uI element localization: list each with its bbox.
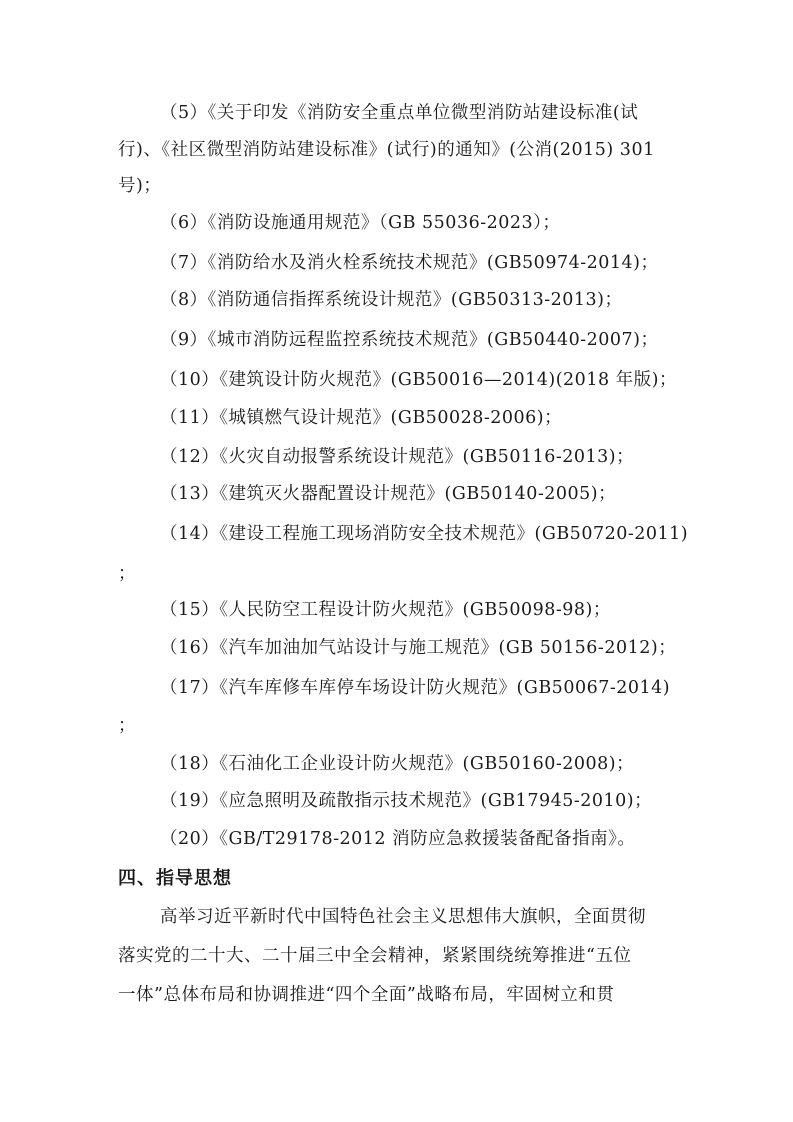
paragraph-line-2: 落实党的二十大、二十届三中全会精神，紧紧围绕统筹推进“五位	[118, 945, 631, 967]
reference-item-20: （20）《GB/T29178-2012 消防应急救援装备配备指南》。	[160, 828, 635, 850]
reference-item-17-line-2: ；	[118, 715, 136, 737]
reference-item-12: （12）《火灾自动报警系统设计规范》(GB50116-2013)；	[160, 446, 634, 468]
reference-item-9: （9）《城市消防远程监控系统技术规范》(GB50440-2007)；	[160, 329, 659, 351]
reference-item-14-line-1: （14）《建设工程施工现场消防安全技术规范》(GB50720-2011)	[160, 523, 688, 545]
reference-item-11: （11）《城镇燃气设计规范》(GB50028-2006)；	[160, 407, 562, 429]
reference-item-18: （18）《石油化工企业设计防火规范》(GB50160-2008)；	[160, 753, 634, 775]
reference-item-10: （10）《建筑设计防火规范》(GB50016—2014)(2018 年版)；	[160, 369, 677, 391]
reference-item-15: （15）《人民防空工程设计防火规范》(GB50098-98)；	[160, 599, 611, 621]
reference-item-7: （7）《消防给水及消火栓系统技术规范》(GB50974-2014)；	[160, 252, 659, 274]
reference-item-6: （6）《消防设施通用规范》（GB 55036-2023）；	[160, 212, 560, 234]
paragraph-line-1: 高举习近平新时代中国特色社会主义思想伟大旗帜，全面贯彻	[160, 906, 646, 928]
reference-item-8: （8）《消防通信指挥系统设计规范》(GB50313-2013)；	[160, 289, 623, 311]
reference-item-16: （16）《汽车加油加气站设计与施工规范》(GB 50156-2012)；	[160, 637, 676, 659]
reference-item-14-line-2: ；	[118, 563, 136, 585]
reference-item-5-line-3: 号)；	[118, 175, 161, 197]
reference-item-17-line-1: （17）《汽车库修车库停车场设计防火规范》(GB50067-2014)	[160, 677, 670, 699]
reference-item-5-line-1: （5）《关于印发《消防安全重点单位微型消防站建设标准(试	[160, 102, 638, 124]
reference-item-5-line-2: 行)、《社区微型消防站建设标准》(试行)的通知》(公消(2015) 301	[118, 139, 655, 161]
section-heading: 四、指导思想	[118, 868, 232, 890]
paragraph-line-3: 一体”总体布局和协调推进“四个全面”战略布局，牢固树立和贯	[118, 984, 614, 1006]
reference-item-19: （19）《应急照明及疏散指示技术规范》(GB17945-2010)；	[160, 790, 652, 812]
reference-item-13: （13）《建筑灭火器配置设计规范》(GB50140-2005)；	[160, 483, 616, 505]
